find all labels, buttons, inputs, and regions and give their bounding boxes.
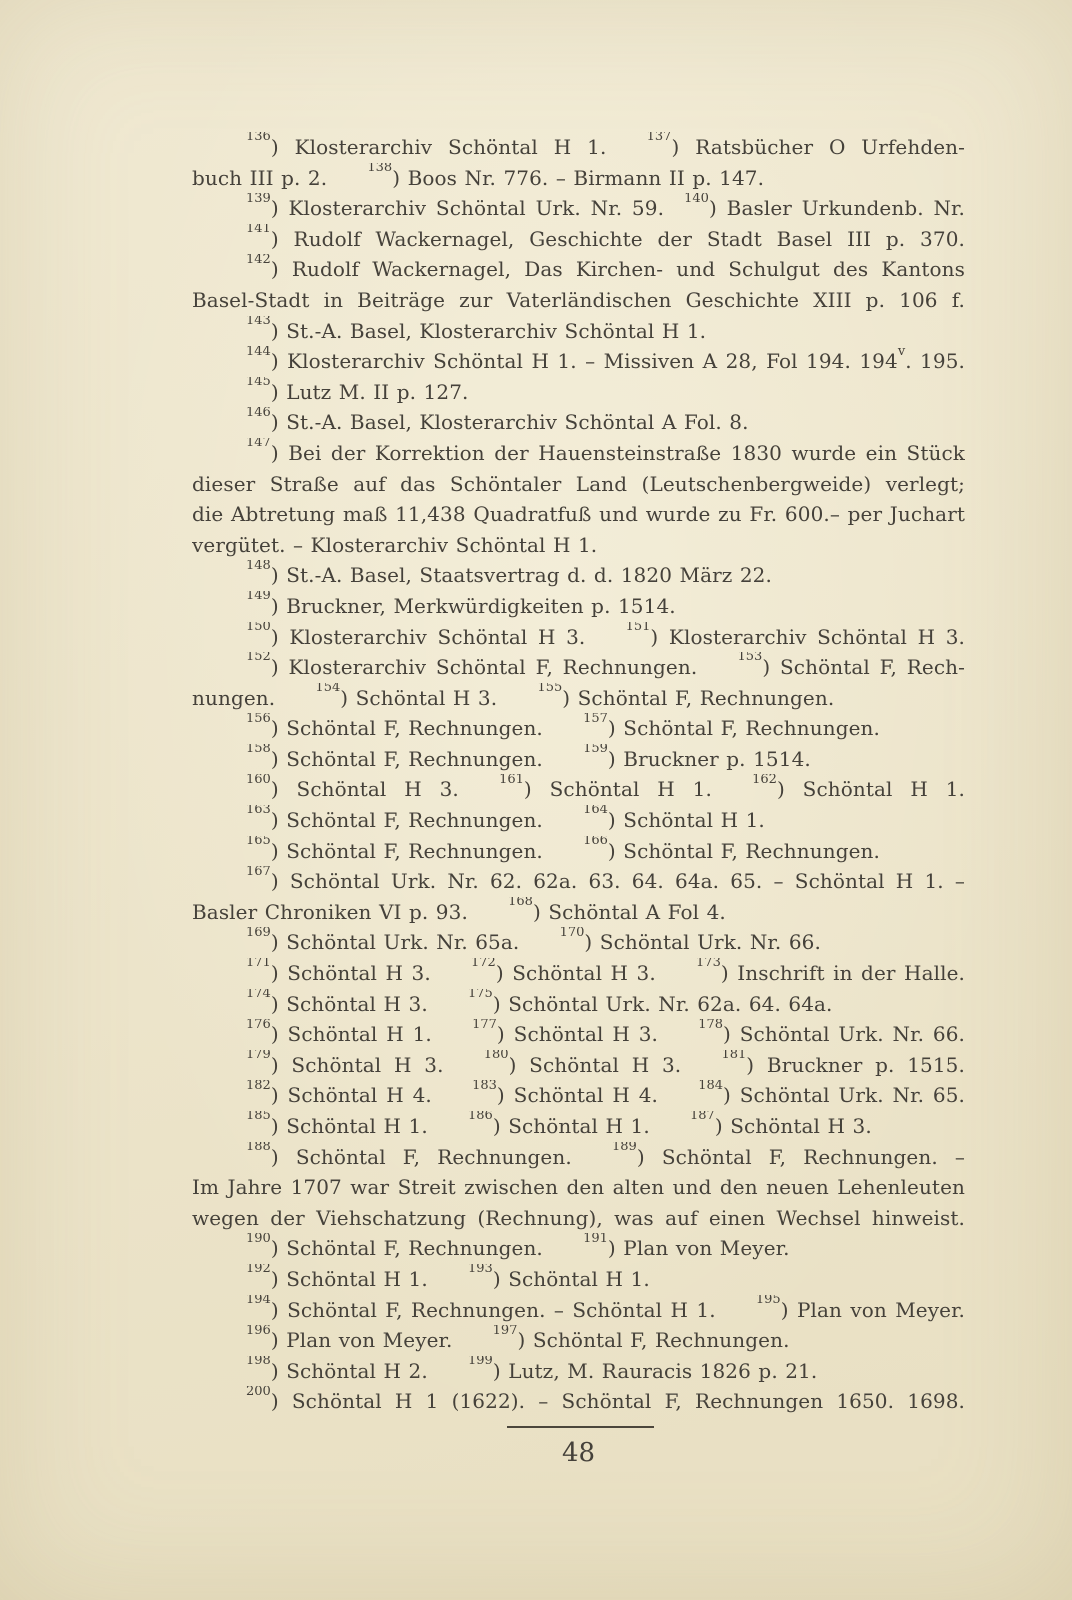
footnote-line: 188) Schöntal F, Rechnungen. 189) Schönt…	[192, 1142, 965, 1173]
footnote-ref-number: 189	[612, 1142, 637, 1154]
footer-rule	[507, 1426, 654, 1428]
footnote-ref-number: 169	[246, 927, 271, 939]
footnote-line: vergütet. – Klosterarchiv Schöntal H 1.	[192, 530, 965, 561]
footnote-ref-number: v	[898, 346, 905, 358]
footnote-line: Basel-Stadt in Beiträge zur Vaterländisc…	[192, 285, 965, 316]
footnote-line: 165) Schöntal F, Rechnungen. 166) Schönt…	[192, 836, 965, 867]
footnote-ref-number: 157	[583, 713, 608, 725]
footnote-ref-number: 186	[468, 1111, 493, 1123]
footnote-ref-number: 174	[246, 989, 271, 1001]
footnote-line: 144) Klosterarchiv Schöntal H 1. – Missi…	[192, 346, 965, 377]
footnote-ref-number: 162	[752, 774, 777, 786]
footnote-line: 192) Schöntal H 1. 193) Schöntal H 1.	[192, 1264, 965, 1295]
footnote-line: 167) Schöntal Urk. Nr. 62. 62a. 63. 64. …	[192, 866, 965, 897]
footnote-ref-number: 184	[698, 1080, 723, 1092]
footnote-line: 176) Schöntal H 1. 177) Schöntal H 3. 17…	[192, 1019, 965, 1050]
footnote-ref-number: 197	[493, 1325, 518, 1337]
footnote-ref-number: 138	[367, 163, 392, 175]
footnote-ref-number: 142	[246, 254, 271, 266]
footnote-ref-number: 148	[246, 560, 271, 572]
footnote-ref-number: 176	[246, 1019, 271, 1031]
footnote-ref-number: 199	[468, 1356, 493, 1368]
footnote-ref-number: 139	[246, 193, 271, 205]
footnote-ref-number: 188	[246, 1142, 271, 1154]
footnote-ref-number: 175	[468, 989, 493, 1001]
footnote-ref-number: 146	[246, 407, 271, 419]
footnote-ref-number: 156	[246, 713, 271, 725]
footnote-ref-number: 181	[721, 1050, 746, 1062]
footnote-ref-number: 171	[246, 958, 271, 970]
footnote-line: 136) Klosterarchiv Schöntal H 1. 137) Ra…	[192, 132, 965, 163]
footnote-ref-number: 140	[684, 193, 709, 205]
footnote-ref-number: 149	[246, 591, 271, 603]
footnote-line: 156) Schöntal F, Rechnungen. 157) Schönt…	[192, 713, 965, 744]
footnote-line: 148) St.-A. Basel, Staatsvertrag d. d. 1…	[192, 560, 965, 591]
footnote-line: 139) Klosterarchiv Schöntal Urk. Nr. 59.…	[192, 193, 965, 224]
footnote-line: 145) Lutz M. II p. 127.	[192, 377, 965, 408]
footnote-ref-number: 196	[246, 1325, 271, 1337]
footnote-line: 182) Schöntal H 4. 183) Schöntal H 4. 18…	[192, 1080, 965, 1111]
footnote-line: nungen. 154) Schöntal H 3. 155) Schöntal…	[192, 683, 965, 714]
footnote-ref-number: 178	[698, 1019, 723, 1031]
footnote-ref-number: 158	[246, 744, 271, 756]
footnote-ref-number: 185	[246, 1111, 271, 1123]
footnote-line: Basler Chroniken VI p. 93. 168) Schöntal…	[192, 897, 965, 928]
footnote-line: 169) Schöntal Urk. Nr. 65a. 170) Schönta…	[192, 927, 965, 958]
footnote-ref-number: 194	[246, 1295, 271, 1307]
footnote-line: 158) Schöntal F, Rechnungen. 159) Bruckn…	[192, 744, 965, 775]
footnote-line: dieser Straße auf das Schöntaler Land (L…	[192, 469, 965, 500]
footnote-ref-number: 147	[246, 438, 271, 450]
footnote-ref-number: 144	[246, 346, 271, 358]
footnote-line: 150) Klosterarchiv Schöntal H 3. 151) Kl…	[192, 622, 965, 653]
footnote-line: 196) Plan von Meyer. 197) Schöntal F, Re…	[192, 1325, 965, 1356]
footnote-line: 142) Rudolf Wackernagel, Das Kirchen- un…	[192, 254, 965, 285]
footnote-ref-number: 167	[246, 866, 271, 878]
scanned-book-page: 136) Klosterarchiv Schöntal H 1. 137) Ra…	[0, 0, 1072, 1600]
footnote-ref-number: 153	[737, 652, 762, 664]
footnote-ref-number: 166	[583, 836, 608, 848]
footnote-ref-number: 150	[246, 622, 271, 634]
footnote-line: 149) Bruckner, Merkwürdigkeiten p. 1514.	[192, 591, 965, 622]
footnote-line: 141) Rudolf Wackernagel, Geschichte der …	[192, 224, 965, 255]
footnote-ref-number: 187	[690, 1111, 715, 1123]
footnote-ref-number: 151	[626, 622, 651, 634]
footnote-ref-number: 193	[468, 1264, 493, 1276]
footnote-ref-number: 183	[472, 1080, 497, 1092]
footnotes-block: 136) Klosterarchiv Schöntal H 1. 137) Ra…	[192, 132, 965, 1417]
footnote-ref-number: 163	[246, 805, 271, 817]
footnote-ref-number: 168	[508, 897, 533, 909]
footnote-line: die Abtretung maß 11,438 Quadratfuß und …	[192, 499, 965, 530]
footnote-line: 200) Schöntal H 1 (1622). – Schöntal F, …	[192, 1386, 965, 1417]
footnote-ref-number: 165	[246, 836, 271, 848]
footnote-ref-number: 195	[756, 1295, 781, 1307]
footnote-ref-number: 137	[647, 132, 672, 144]
footnote-ref-number: 177	[472, 1019, 497, 1031]
footnote-line: 160) Schöntal H 3. 161) Schöntal H 1. 16…	[192, 774, 965, 805]
footnote-line: wegen der Viehschatzung (Rechnung), was …	[192, 1203, 965, 1234]
footnote-line: 194) Schöntal F, Rechnungen. – Schöntal …	[192, 1295, 965, 1326]
footnote-line: 174) Schöntal H 3. 175) Schöntal Urk. Nr…	[192, 989, 965, 1020]
footnote-line: 143) St.-A. Basel, Klosterarchiv Schönta…	[192, 316, 965, 347]
footnote-ref-number: 152	[246, 652, 271, 664]
footnote-line: 185) Schöntal H 1. 186) Schöntal H 1. 18…	[192, 1111, 965, 1142]
footnote-ref-number: 180	[484, 1050, 509, 1062]
footnote-ref-number: 170	[560, 927, 585, 939]
footnote-line: 146) St.-A. Basel, Klosterarchiv Schönta…	[192, 407, 965, 438]
footnote-ref-number: 143	[246, 316, 271, 328]
footnote-ref-number: 190	[246, 1233, 271, 1245]
footnote-ref-number: 179	[246, 1050, 271, 1062]
footnote-ref-number: 141	[246, 224, 271, 236]
footnote-line: buch III p. 2. 138) Boos Nr. 776. – Birm…	[192, 163, 965, 194]
footnote-line: 163) Schöntal F, Rechnungen. 164) Schönt…	[192, 805, 965, 836]
footnote-ref-number: 145	[246, 377, 271, 389]
footnote-ref-number: 160	[246, 774, 271, 786]
footnote-ref-number: 154	[315, 683, 340, 695]
footnote-ref-number: 182	[246, 1080, 271, 1092]
footnote-ref-number: 164	[583, 805, 608, 817]
page-number: 48	[192, 1438, 965, 1468]
footnote-line: Im Jahre 1707 war Streit zwischen den al…	[192, 1172, 965, 1203]
footnote-ref-number: 155	[537, 683, 562, 695]
footnote-ref-number: 191	[583, 1233, 608, 1245]
footnote-line: 198) Schöntal H 2. 199) Lutz, M. Rauraci…	[192, 1356, 965, 1387]
footnote-ref-number: 172	[471, 958, 496, 970]
footnote-ref-number: 159	[583, 744, 608, 756]
footnote-line: 190) Schöntal F, Rechnungen. 191) Plan v…	[192, 1233, 965, 1264]
footnote-line: 179) Schöntal H 3. 180) Schöntal H 3. 18…	[192, 1050, 965, 1081]
footnote-line: 171) Schöntal H 3. 172) Schöntal H 3. 17…	[192, 958, 965, 989]
footnote-line: 147) Bei der Korrektion der Hauensteinst…	[192, 438, 965, 469]
footnote-ref-number: 192	[246, 1264, 271, 1276]
footnote-ref-number: 136	[246, 132, 271, 144]
footnote-ref-number: 198	[246, 1356, 271, 1368]
footnote-ref-number: 200	[246, 1386, 271, 1398]
footnote-line: 152) Klosterarchiv Schöntal F, Rechnunge…	[192, 652, 965, 683]
footnote-ref-number: 161	[499, 774, 524, 786]
footnote-ref-number: 173	[696, 958, 721, 970]
